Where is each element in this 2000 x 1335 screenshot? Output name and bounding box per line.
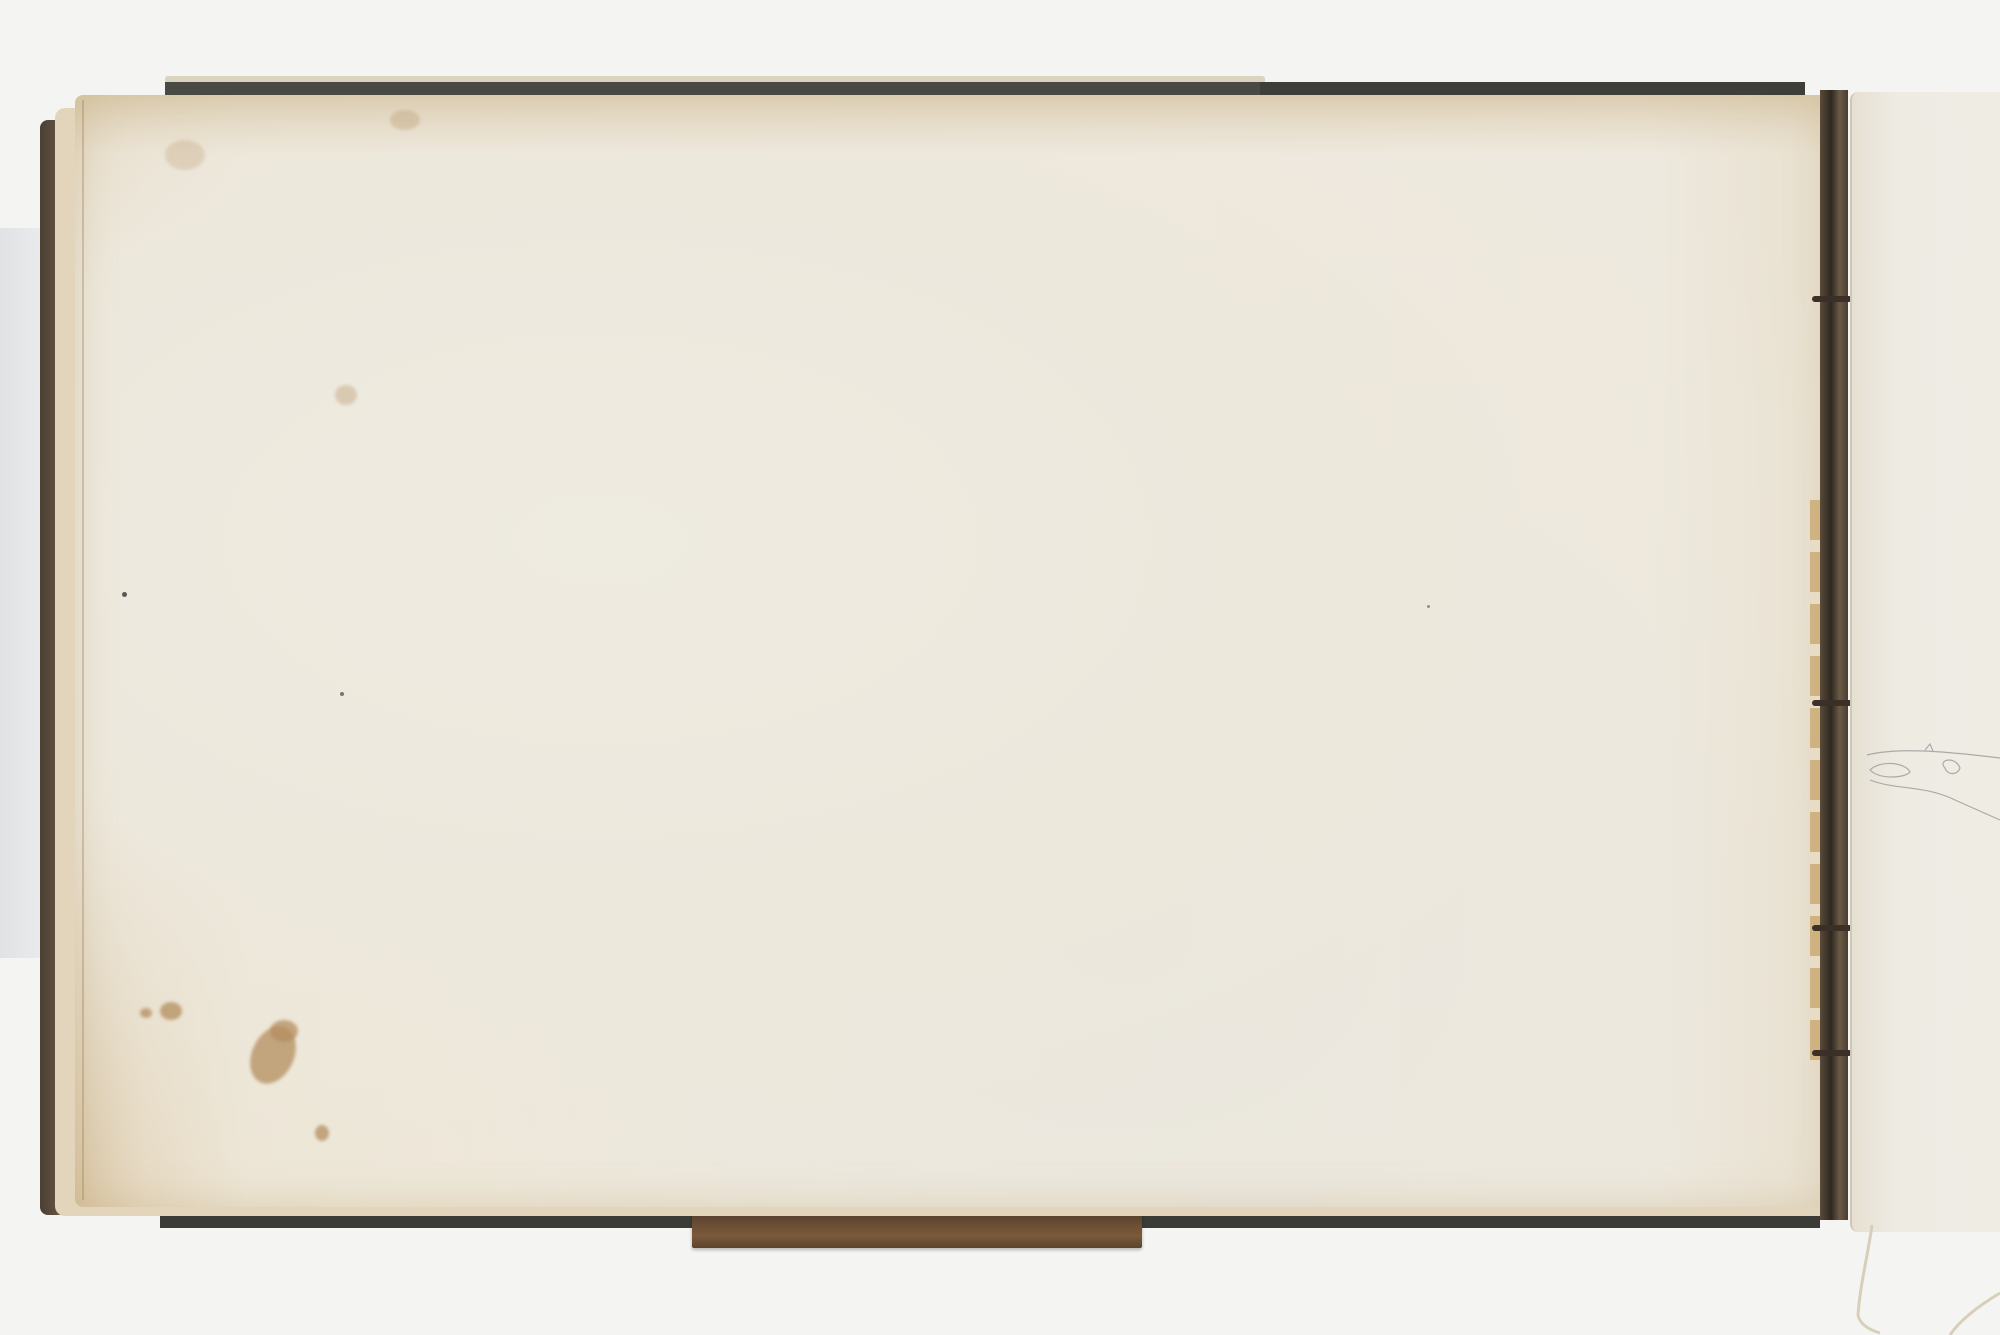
- pencil-sketch: [1865, 740, 2000, 830]
- binding-thread: [1812, 700, 1852, 706]
- stain: [270, 1020, 298, 1042]
- stain: [165, 140, 205, 170]
- binding-thread: [1812, 296, 1852, 302]
- binding-thread: [1812, 925, 1852, 931]
- stain: [390, 110, 420, 130]
- speck: [122, 592, 127, 597]
- right-page: [1850, 92, 2000, 1232]
- stain: [335, 385, 357, 405]
- blank-left-page: [75, 95, 1827, 1207]
- page-fold-line: [82, 100, 84, 1200]
- speck: [340, 692, 344, 696]
- binding-string: [1850, 1225, 2000, 1335]
- stain: [160, 1002, 182, 1020]
- stain: [315, 1125, 329, 1141]
- speck: [1427, 605, 1430, 608]
- binding-thread: [1812, 1050, 1852, 1056]
- stain: [140, 1008, 152, 1018]
